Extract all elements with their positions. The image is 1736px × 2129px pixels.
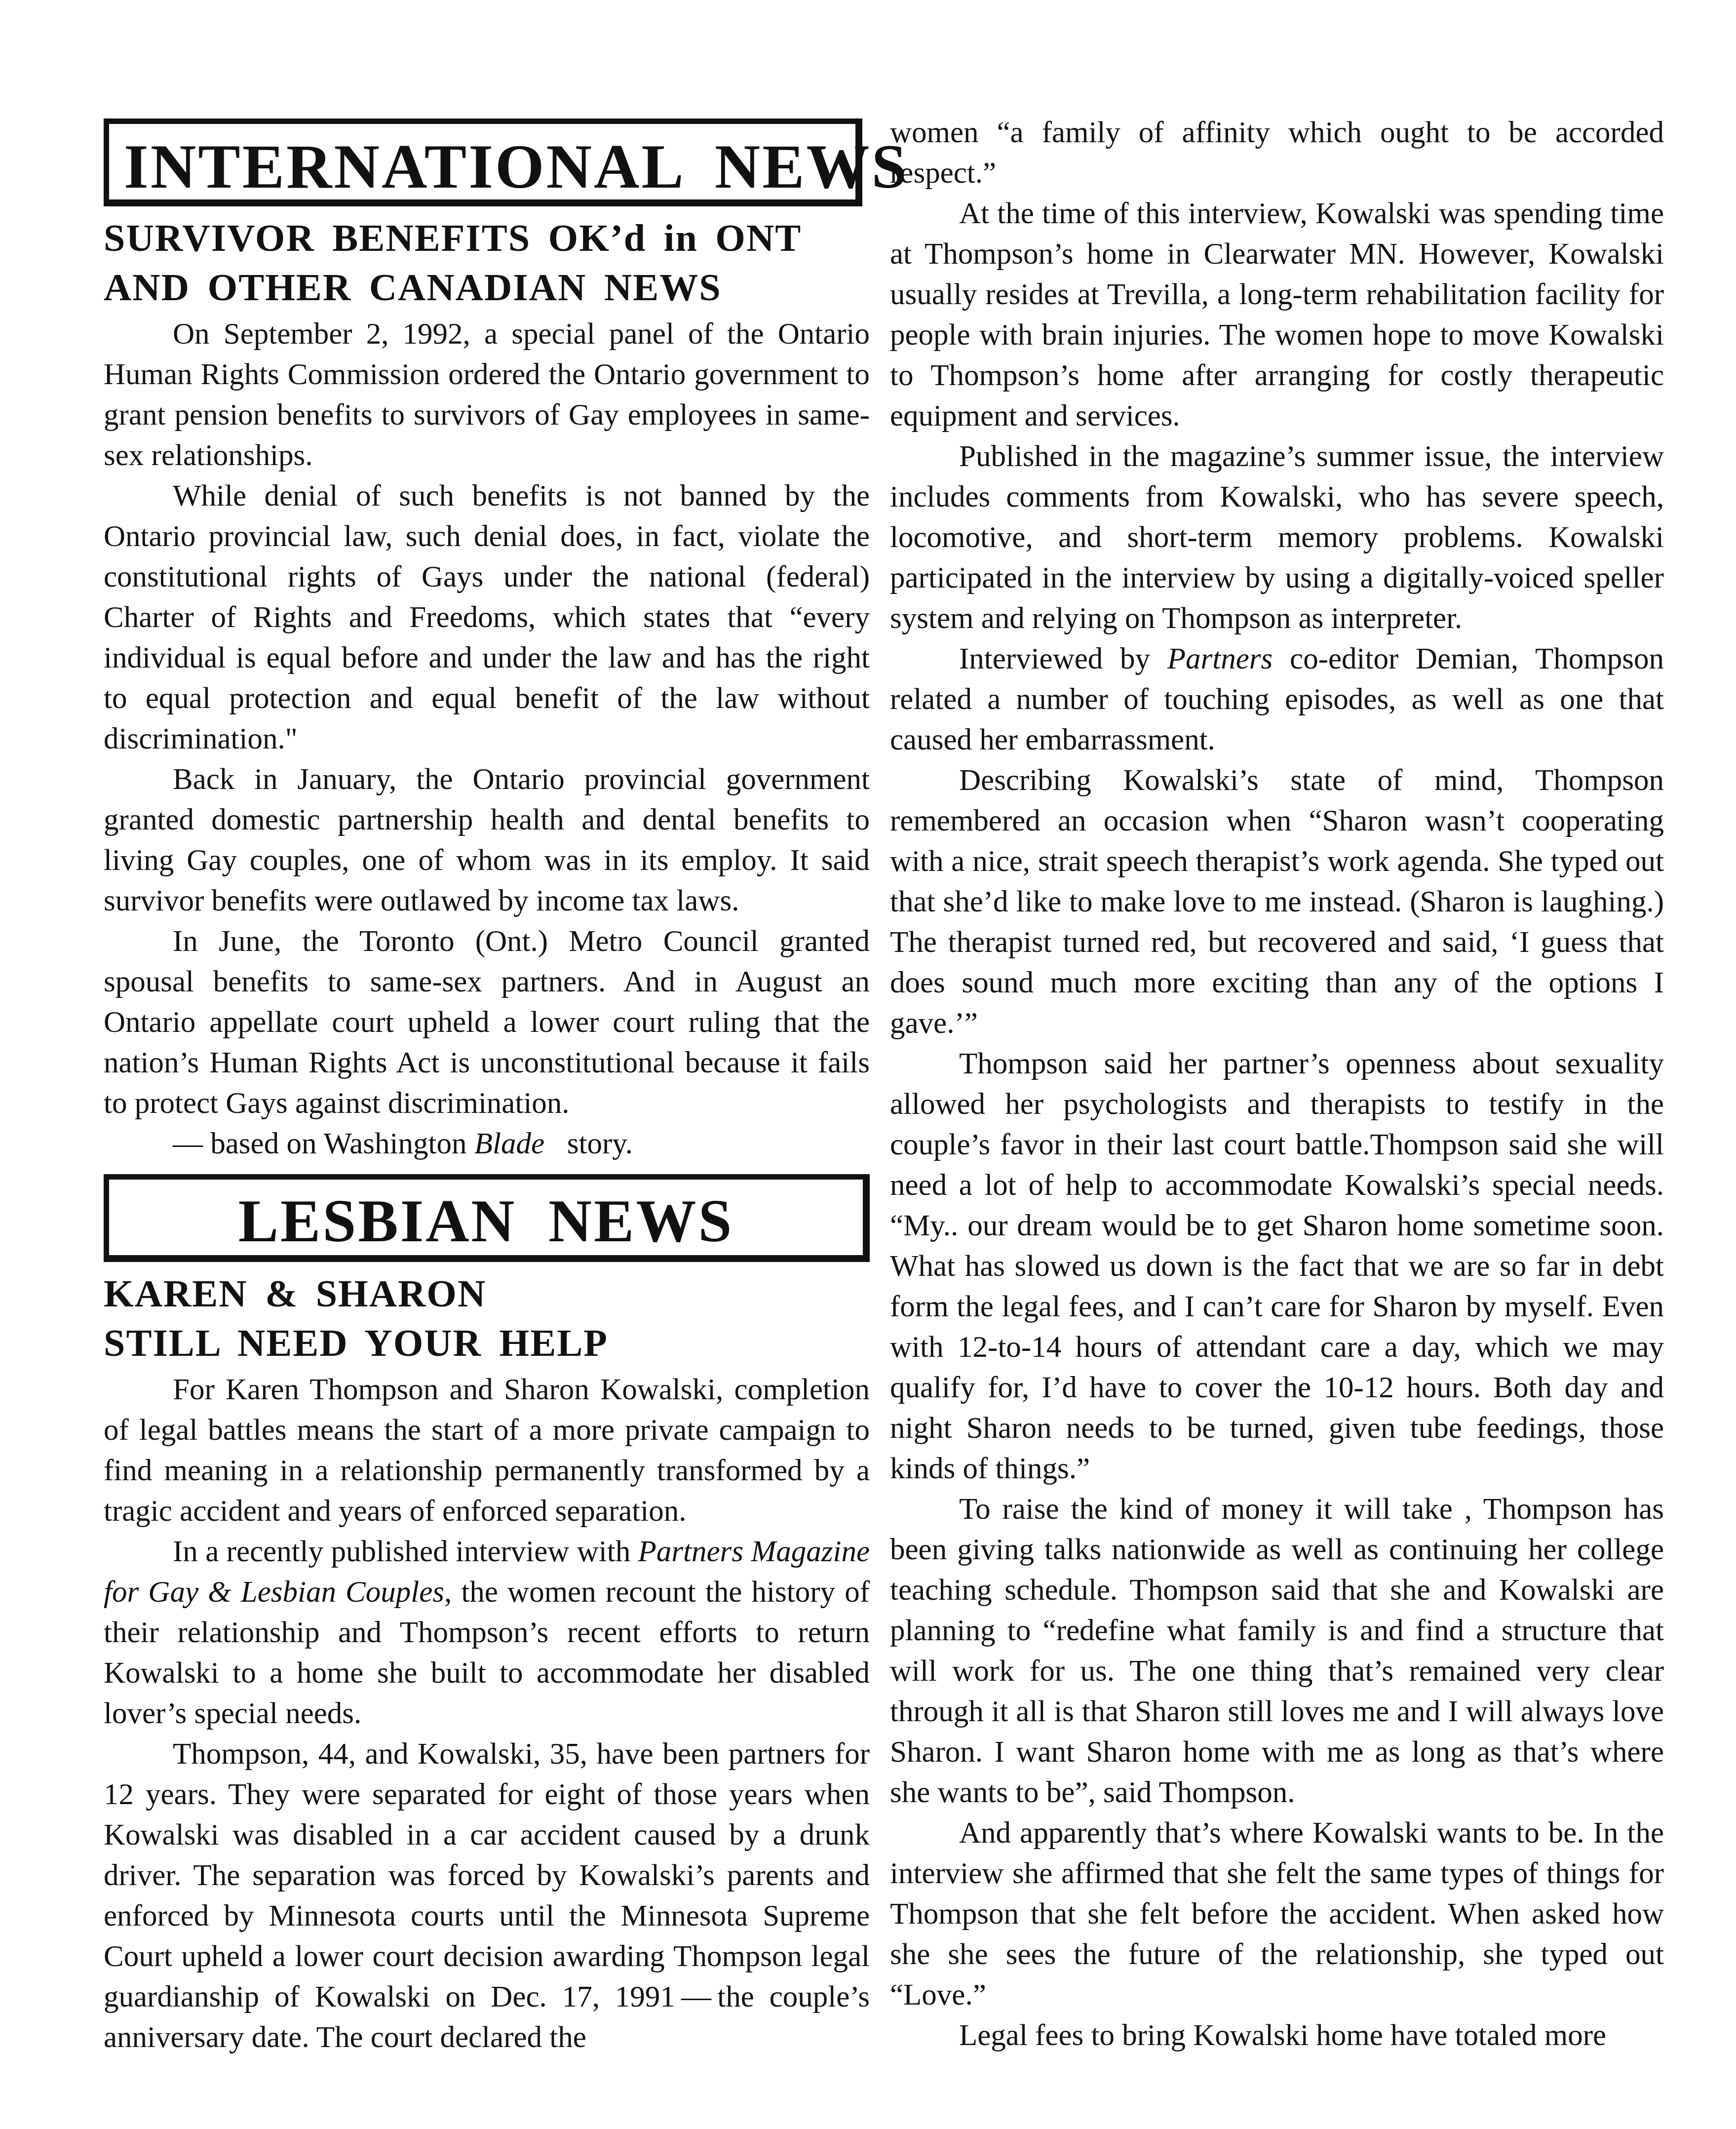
publication-name: Blade xyxy=(474,1127,544,1160)
headline-line-1: SURVIVOR BENEFITS OK’d in ONT xyxy=(104,216,802,259)
paragraph: For Karen Thompson and Sharon Kowalski, … xyxy=(104,1370,870,1532)
paragraph: On September 2, 1992, a special panel of… xyxy=(104,314,870,476)
paragraph: Published in the magazine’s summer issue… xyxy=(890,436,1664,639)
headline-line-1: KAREN & SHARON xyxy=(104,1272,486,1315)
article-body-lesbian-right: women “a family of affinity which ought … xyxy=(890,113,1664,2056)
paragraph: Thompson said her partner’s openness abo… xyxy=(890,1044,1664,1489)
section-title: LESBIAN NEWS xyxy=(238,1188,733,1255)
article-headline: SURVIVOR BENEFITS OK’d in ONT AND OTHER … xyxy=(104,213,870,312)
right-column: women “a family of affinity which ought … xyxy=(890,113,1664,2056)
paragraph: Back in January, the Ontario provincial … xyxy=(104,759,870,921)
article-body-lesbian-left: For Karen Thompson and Sharon Kowalski, … xyxy=(104,1370,870,2058)
paragraph: To raise the kind of money it will take … xyxy=(890,1489,1664,1813)
headline-line-2: AND OTHER CANADIAN NEWS xyxy=(104,266,722,309)
paragraph-continuation: women “a family of affinity which ought … xyxy=(890,113,1664,194)
paragraph: And apparently that’s where Kowalski wan… xyxy=(890,1813,1664,2015)
article-headline: KAREN & SHARON STILL NEED YOUR HELP xyxy=(104,1269,870,1368)
headline-line-2: STILL NEED YOUR HELP xyxy=(104,1321,608,1364)
section-header-international-news: INTERNATIONAL NEWS xyxy=(104,118,862,206)
left-column: INTERNATIONAL NEWS SURVIVOR BENEFITS OK’… xyxy=(104,0,870,2058)
paragraph: At the time of this interview, Kowalski … xyxy=(890,194,1664,436)
paragraph: While denial of such benefits is not ban… xyxy=(104,476,870,759)
article-body-international: On September 2, 1992, a special panel of… xyxy=(104,314,870,1164)
source-credit: — based on Washington Blade story. xyxy=(104,1124,870,1164)
paragraph: In a recently published interview with P… xyxy=(104,1532,870,1734)
paragraph: Describing Kowalski’s state of mind, Tho… xyxy=(890,760,1664,1044)
paragraph: Thompson, 44, and Kowalski, 35, have bee… xyxy=(104,1734,870,2058)
section-title: INTERNATIONAL NEWS xyxy=(124,131,909,201)
paragraph: In June, the Toronto (Ont.) Metro Counci… xyxy=(104,921,870,1124)
paragraph: Interviewed by Partners co-editor Demian… xyxy=(890,639,1664,760)
magazine-title: Partners xyxy=(1167,642,1273,675)
paragraph: Legal fees to bring Kowalski home have t… xyxy=(890,2015,1664,2056)
section-header-lesbian-news: LESBIAN NEWS xyxy=(104,1174,870,1262)
